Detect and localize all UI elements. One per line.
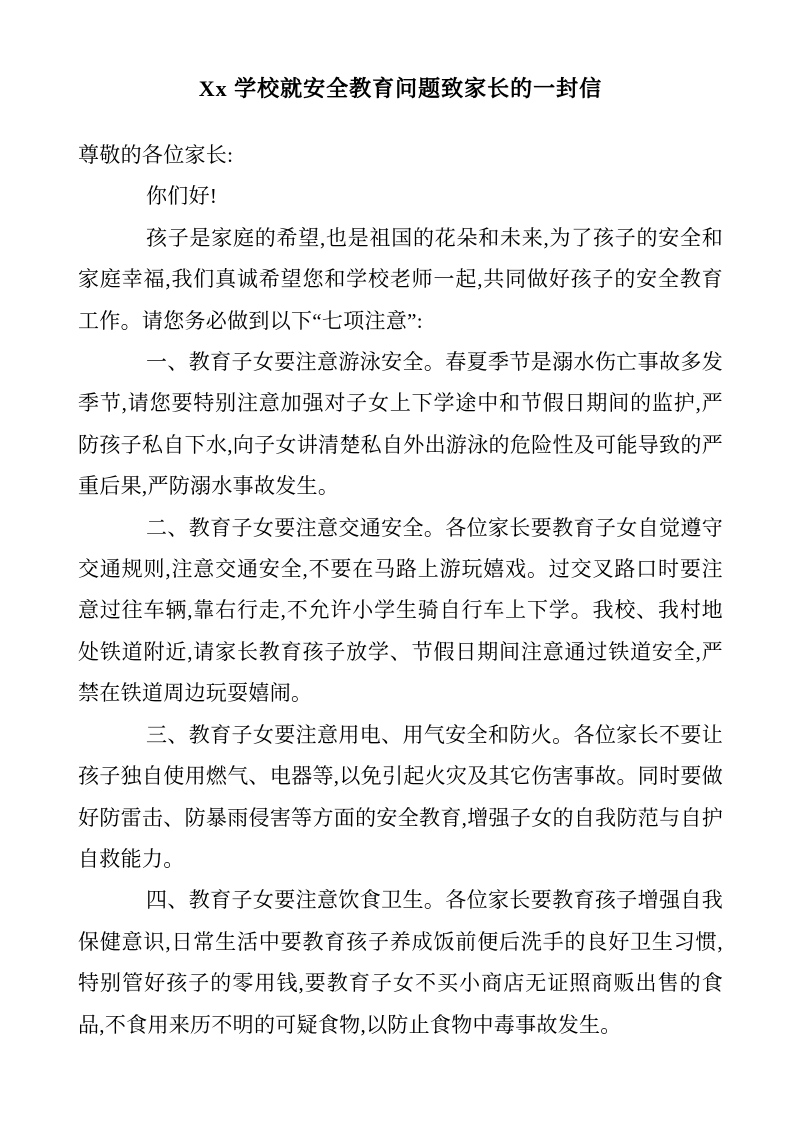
paragraph-item-3-electricity-fire-safety: 三、教育子女要注意用电、用气安全和防火。各位家长不要让孩子独自使用燃气、电器等,… — [78, 715, 723, 881]
paragraph-item-1-swimming-safety: 一、教育子女要注意游泳安全。春夏季节是溺水伤亡事故多发季节,请您要特别注意加强对… — [78, 342, 723, 508]
salutation-line: 尊敬的各位家长: — [78, 135, 723, 176]
paragraph-item-4-food-hygiene: 四、教育子女要注意饮食卫生。各位家长要教育孩子增强自我保健意识,日常生活中要教育… — [78, 880, 723, 1046]
paragraph-intro: 孩子是家庭的希望,也是祖国的花朵和未来,为了孩子的安全和家庭幸福,我们真诚希望您… — [78, 218, 723, 342]
greeting-line: 你们好! — [78, 176, 723, 217]
document-title: Xx 学校就安全教育问题致家长的一封信 — [78, 71, 723, 107]
paragraph-item-2-traffic-safety: 二、教育子女要注意交通安全。各位家长要教育子女自觉遵守交通规则,注意交通安全,不… — [78, 508, 723, 715]
document-body: 尊敬的各位家长: 你们好! 孩子是家庭的希望,也是祖国的花朵和未来,为了孩子的安… — [78, 135, 723, 1046]
document-page: Xx 学校就安全教育问题致家长的一封信 尊敬的各位家长: 你们好! 孩子是家庭的… — [0, 0, 793, 1122]
